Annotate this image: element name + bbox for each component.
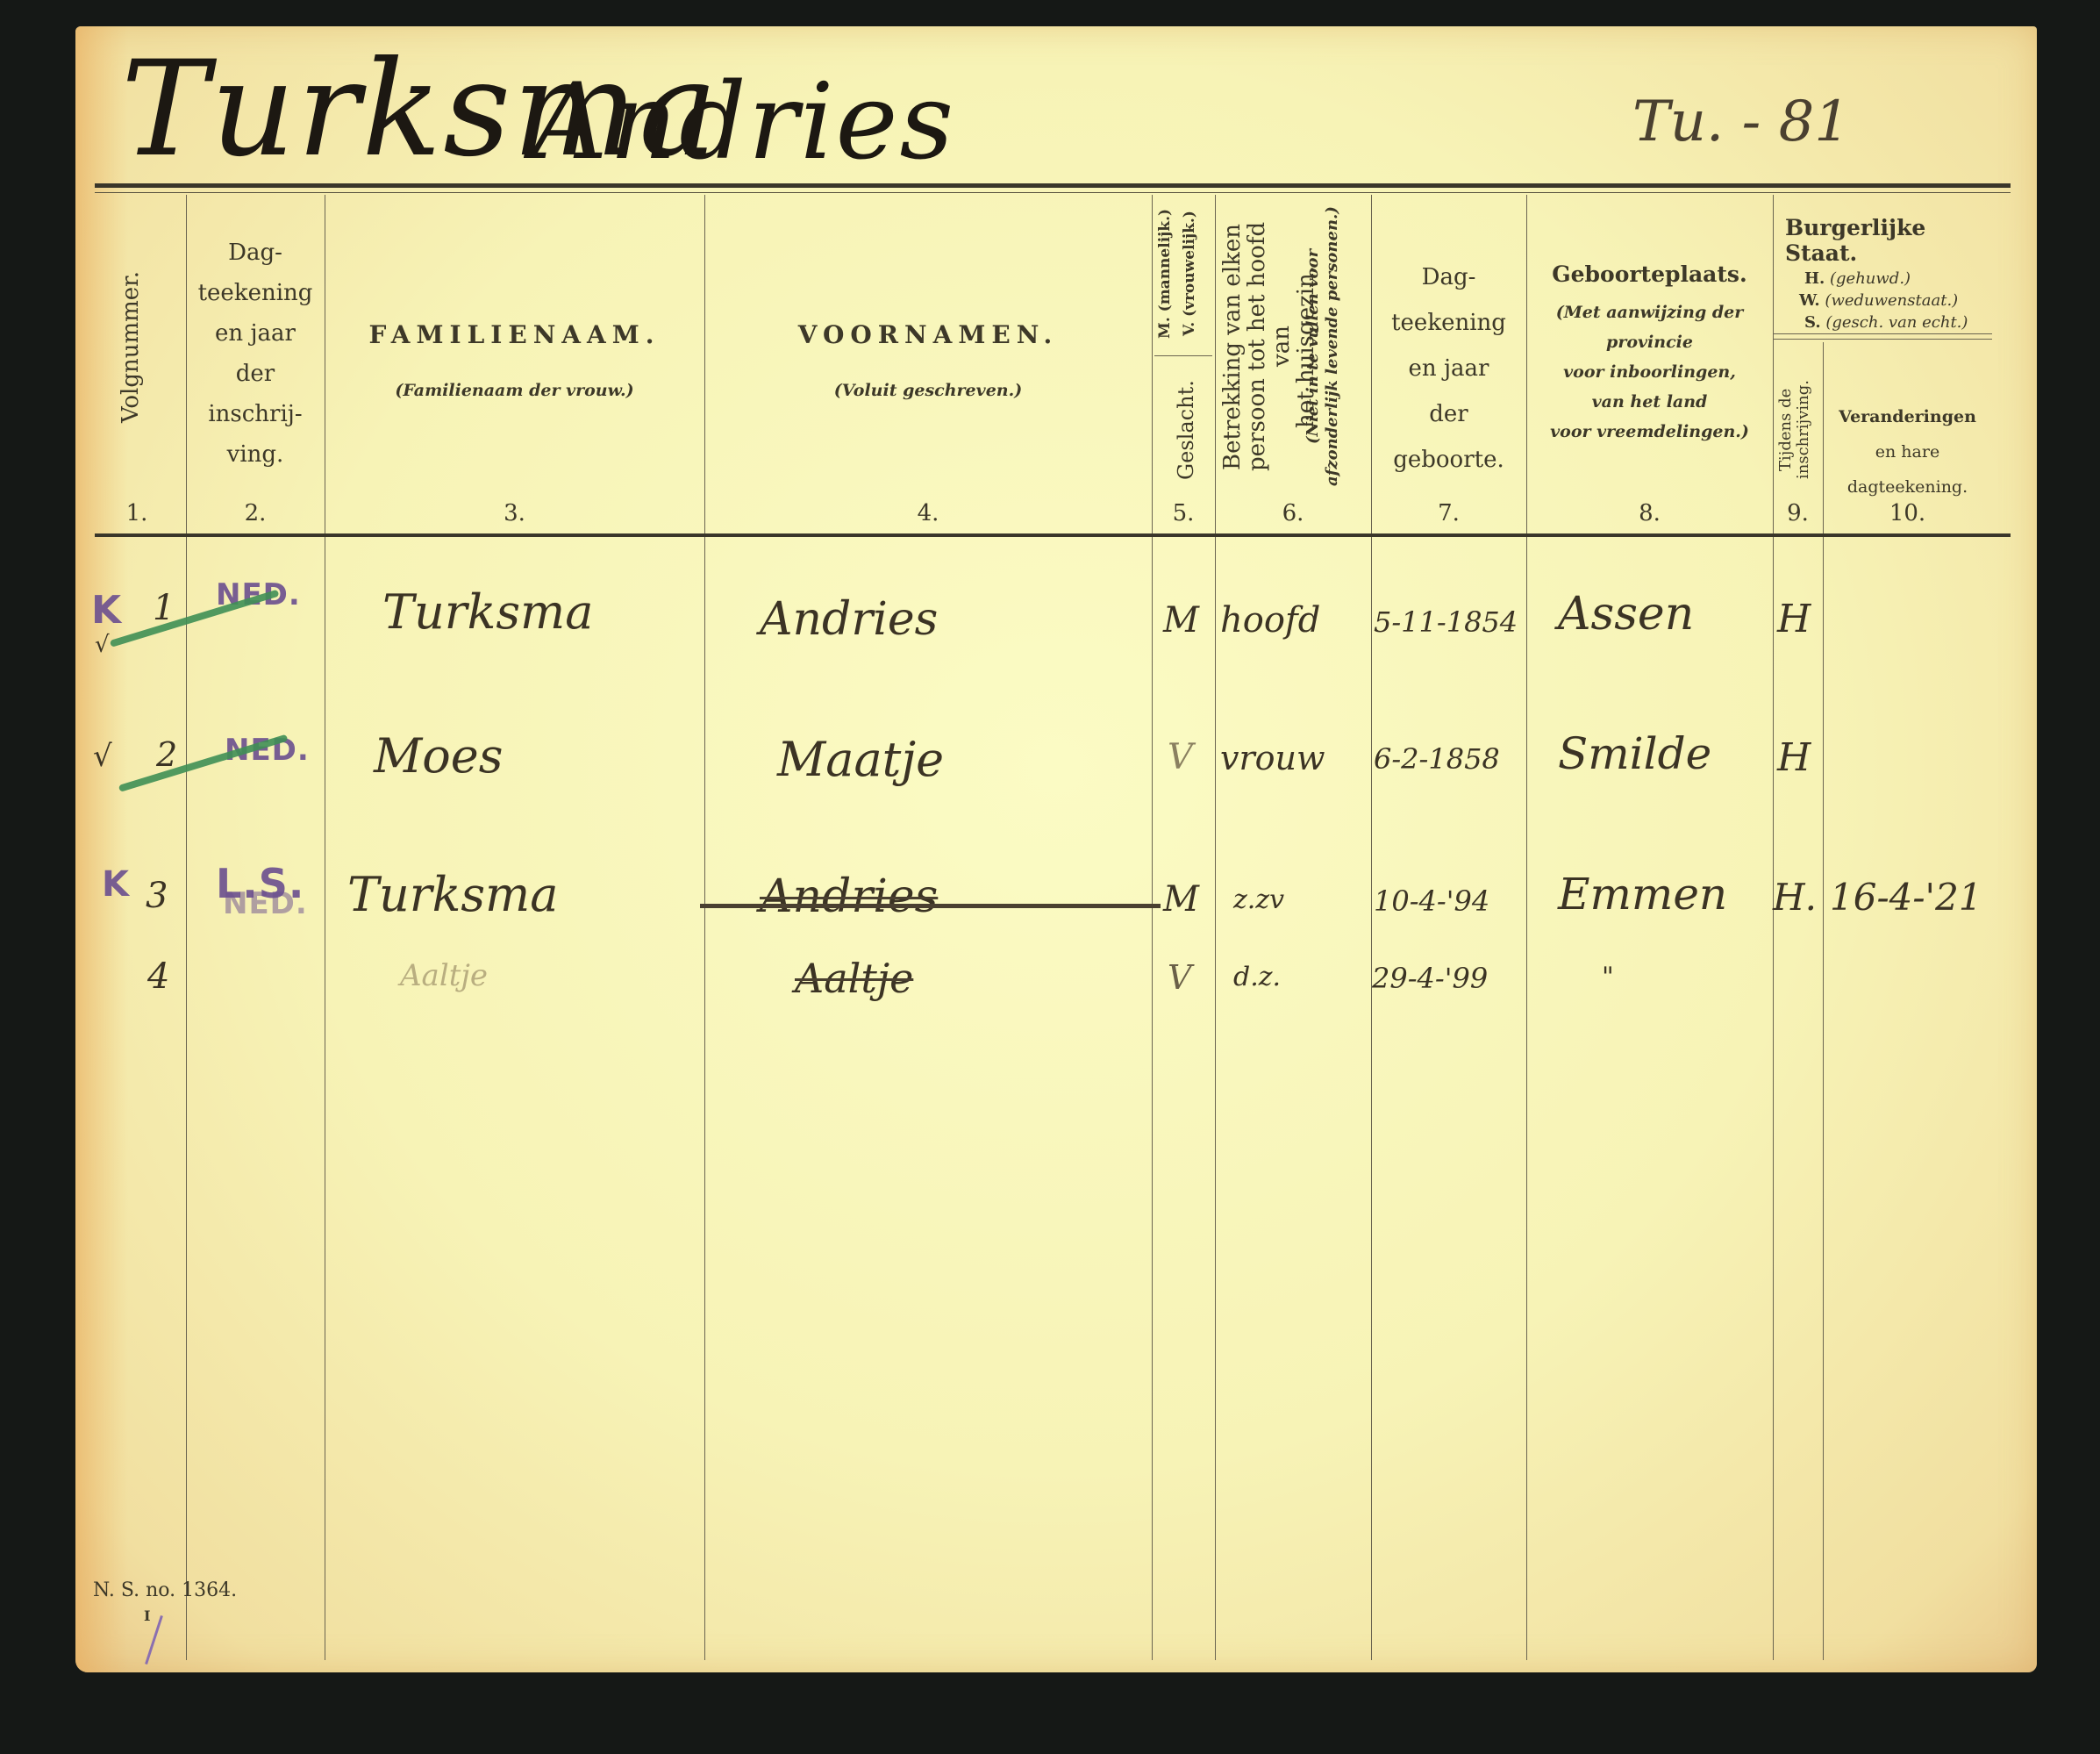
col-number-1: 1. — [111, 500, 163, 526]
header-birth-date: Dag- teekening en jaar der geboorte. — [1371, 254, 1526, 483]
card-reference: Tu. - 81 — [1632, 89, 1850, 154]
check-mark: √ — [93, 739, 112, 774]
col-divider-4 — [1152, 195, 1153, 1660]
birth-date: 5-11-1854 — [1374, 605, 1518, 639]
col-number-8: 8. — [1526, 500, 1773, 526]
header-top-rule — [95, 183, 2011, 188]
birth-place: Assen — [1558, 588, 1694, 641]
header-familienaam: FAMILIENAAM. (Familienaam der vrouw.) — [325, 320, 704, 400]
civil-status-split-rule — [1773, 333, 1992, 334]
col-divider-2 — [325, 195, 325, 1660]
pencil-strike — [110, 590, 280, 648]
col-divider-5 — [1215, 195, 1216, 1660]
sex: V — [1168, 958, 1191, 997]
col-number-7: 7. — [1371, 500, 1526, 526]
col-number-3: 3. — [325, 500, 704, 526]
row-number: 3 — [146, 876, 168, 916]
civil-status: H — [1777, 735, 1811, 780]
check-mark: √ — [95, 632, 110, 658]
header-bottom-rule — [95, 533, 2011, 537]
col-number-5: 5. — [1152, 500, 1215, 526]
col-divider-8 — [1773, 195, 1774, 1660]
surname-faded: Aaltje — [400, 958, 488, 993]
relation: hoofd — [1220, 600, 1320, 641]
col-number-2: 2. — [186, 500, 325, 526]
given-names-struck: Andries — [760, 870, 938, 923]
birth-date: 10-4-'94 — [1374, 884, 1489, 918]
given-names-struck: Aaltje — [795, 955, 913, 1002]
birth-place: Emmen — [1558, 869, 1727, 920]
given-names: Andries — [760, 593, 938, 646]
birth-date: 29-4-'99 — [1372, 962, 1488, 995]
header-burgerlijke-staat: Burgerlijke Staat. H. (gehuwd.) W. (wedu… — [1773, 215, 1992, 332]
col-number-4: 4. — [704, 500, 1152, 526]
header-sex-m: M. (mannelijk.) — [1156, 195, 1174, 353]
sex: V — [1168, 737, 1193, 777]
registration-card: Turksma Andries Tu. - 81 Volgnummer. 1. … — [75, 26, 2037, 1672]
relation: d.z. — [1233, 962, 1281, 992]
given-names: Maatje — [777, 732, 944, 787]
header-voornamen: VOORNAMEN. (Voluit geschreven.) — [704, 320, 1152, 400]
header-geslacht: Geslacht. — [1174, 369, 1198, 491]
row-number: 4 — [147, 956, 169, 997]
title-given-name: Andries — [532, 70, 955, 175]
col-number-9: 9. — [1773, 500, 1823, 526]
header-volgnummer: Volgnummer. — [118, 246, 144, 447]
header-top-rule-thin — [95, 192, 2011, 193]
header-betrekking-note: (Niet in te vullen voor afzonderlijk lev… — [1304, 202, 1342, 491]
civil-status: H. — [1773, 876, 1817, 919]
form-number: N. S. no. 1364. — [93, 1579, 237, 1601]
col-number-10: 10. — [1823, 500, 1992, 526]
change-date: 16-4-'21 — [1830, 876, 1982, 919]
header-tijdens-inschrijving: Tijdens de inschrijving. — [1777, 369, 1812, 491]
header-geboorteplaats: Geboorteplaats. (Met aanwijzing der prov… — [1526, 261, 1773, 447]
surname: Moes — [374, 728, 503, 784]
col-number-6: 6. — [1215, 500, 1371, 526]
strike-line — [700, 904, 1161, 908]
birth-date: 6-2-1858 — [1374, 742, 1500, 776]
header-veranderingen: Veranderingen en hare dagteekening. — [1823, 399, 1992, 505]
margin-mark-k: K — [91, 588, 122, 633]
col-divider-9 — [1823, 342, 1824, 1660]
form-sub-number: I — [144, 1607, 150, 1624]
sex-legend-rule — [1154, 355, 1212, 356]
margin-mark-k: K — [102, 864, 130, 905]
header-sex-v: V. (vrouwelijk.) — [1181, 195, 1198, 353]
relation: z.zv — [1233, 884, 1284, 915]
header-registration-date: Dag- teekening en jaar der inschrij- vin… — [186, 233, 325, 475]
col-divider-3 — [704, 195, 705, 1660]
birth-place: Smilde — [1558, 728, 1711, 779]
relation: vrouw — [1220, 739, 1325, 777]
surname: Turksma — [347, 867, 558, 922]
sex: M — [1163, 600, 1199, 641]
civil-status: H — [1777, 597, 1811, 641]
ls-stamp: L.S. — [216, 860, 304, 907]
civil-status-split-rule-2 — [1773, 339, 1992, 340]
birth-place-ditto: " — [1602, 962, 1614, 992]
surname: Turksma — [382, 584, 593, 640]
sex: M — [1163, 879, 1199, 920]
